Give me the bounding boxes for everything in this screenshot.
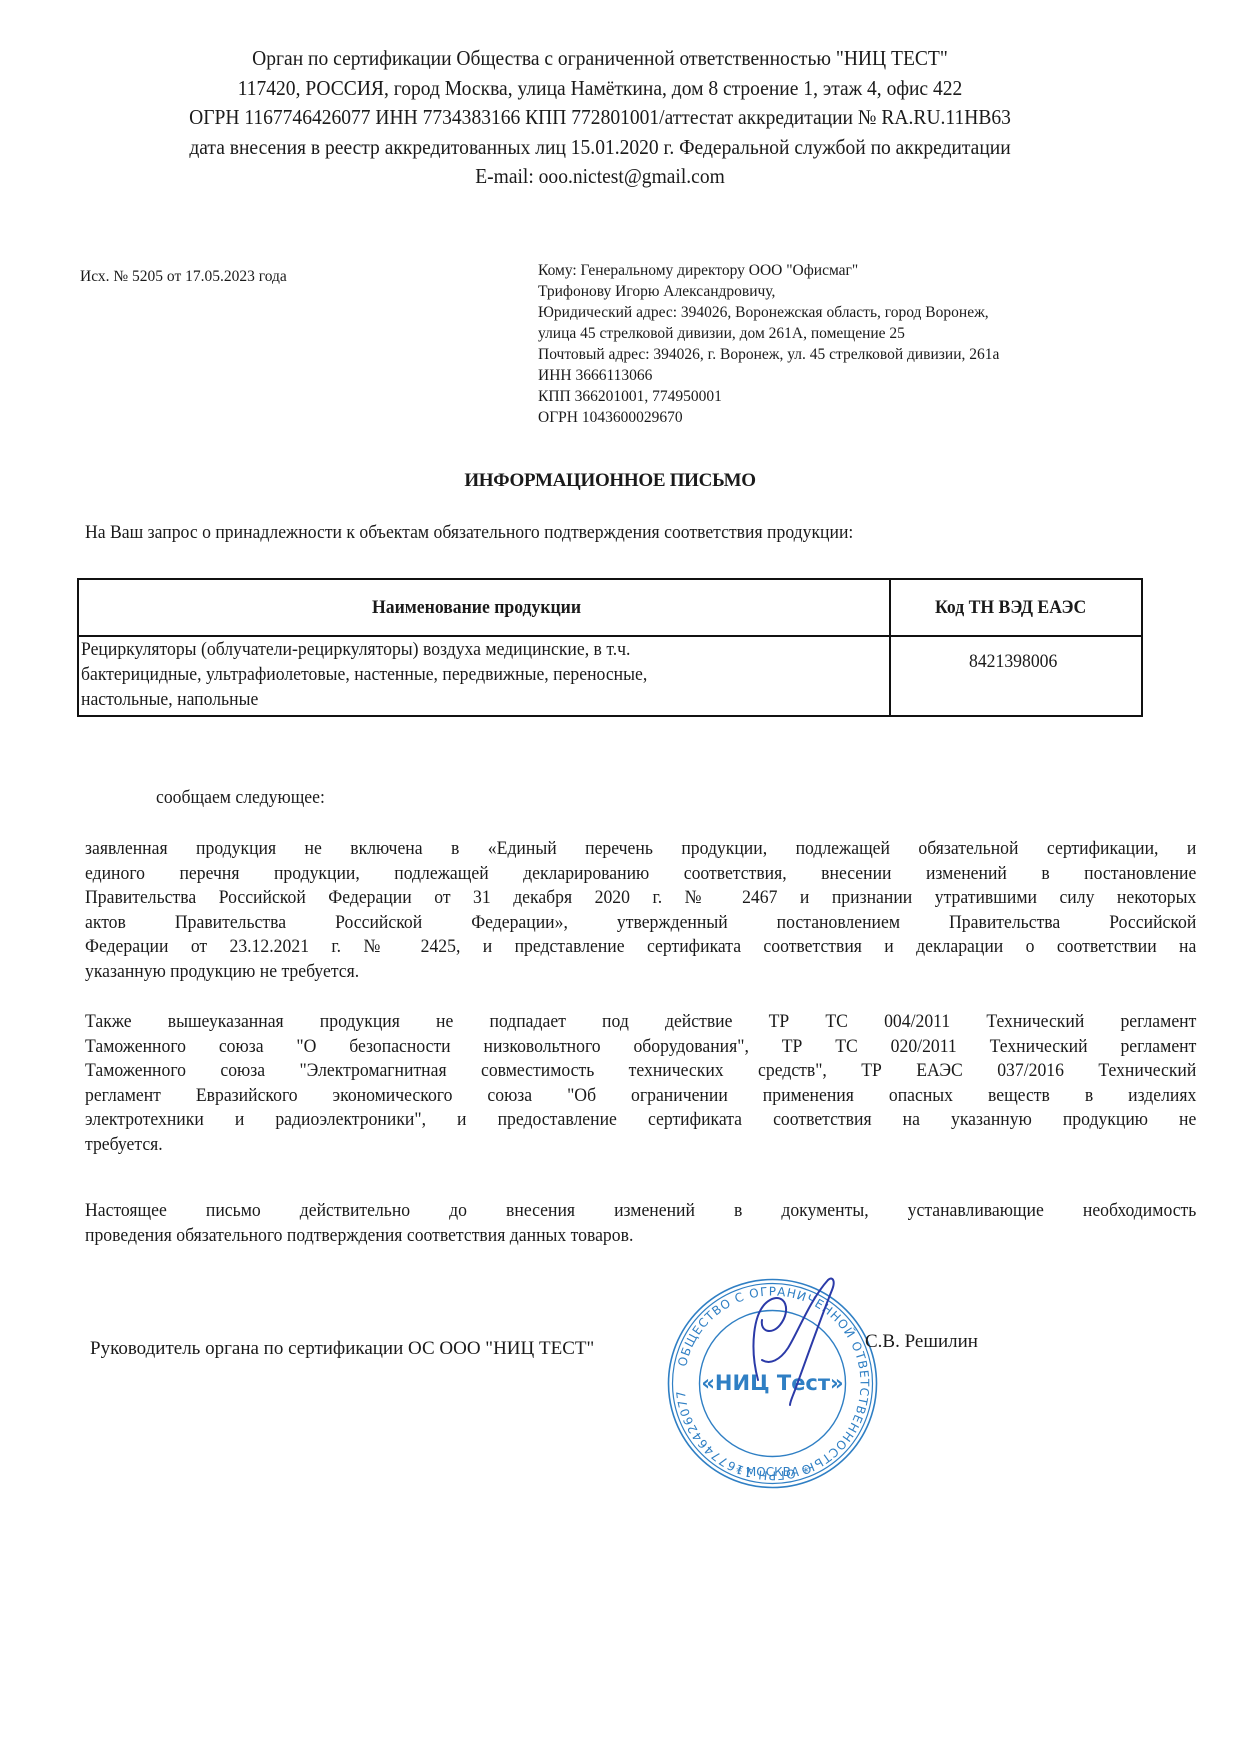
handwritten-signature-icon [740, 1270, 850, 1420]
column-header-product-name: Наименование продукции [78, 579, 890, 636]
recipient-block: Кому: Генеральному директору ООО "Офисма… [538, 260, 999, 428]
lead-text: сообщаем следующее: [156, 787, 325, 809]
letterhead-line: дата внесения в реестр аккредитованных л… [135, 133, 1065, 163]
recipient-line: ОГРН 1043600029670 [538, 407, 999, 428]
recipient-line: ИНН 3666113066 [538, 365, 999, 386]
paragraph-line: проведения обязательного подтверждения с… [85, 1224, 1196, 1249]
paragraph-line: единого перечня продукции, подлежащей де… [85, 862, 1196, 887]
letterhead: Орган по сертификации Общества с огранич… [135, 44, 1065, 192]
paragraph-line: Также вышеуказанная продукция не подпада… [85, 1010, 1196, 1035]
header-label: Код ТН ВЭД ЕАЭС [935, 597, 1086, 619]
table-header-row: Наименование продукции Код ТН ВЭД ЕАЭС [78, 579, 1142, 636]
svg-text:* МОСКВА *: * МОСКВА * [736, 1465, 809, 1479]
recipient-line: КПП 366201001, 774950001 [538, 386, 999, 407]
outgoing-reference: Исх. № 5205 от 17.05.2023 года [80, 268, 287, 286]
recipient-line: Кому: Генеральному директору ООО "Офисма… [538, 260, 999, 281]
paragraph-technical-regulations: Также вышеуказанная продукция не подпада… [85, 1010, 1197, 1158]
paragraph-line: регламент Евразийского экономического со… [85, 1084, 1196, 1109]
paragraph-line: указанную продукцию не требуется. [85, 960, 1196, 985]
product-name-line: бактерицидные, ультрафиолетовые, настенн… [81, 662, 647, 687]
recipient-line: Трифонову Игорю Александровичу, [538, 281, 999, 302]
paragraph-line: Таможенного союза "О безопасности низков… [85, 1035, 1196, 1060]
product-name-line: Рециркуляторы (облучатели-рециркуляторы)… [81, 637, 630, 662]
document-page: Орган по сертификации Общества с огранич… [0, 0, 1240, 1754]
paragraph-line: заявленная продукция не включена в «Един… [85, 837, 1196, 862]
recipient-line: Юридический адрес: 394026, Воронежская о… [538, 302, 999, 323]
letterhead-line: ОГРН 1167746426077 ИНН 7734383166 КПП 77… [135, 103, 1065, 133]
recipient-line: Почтовый адрес: 394026, г. Воронеж, ул. … [538, 344, 999, 365]
paragraph-line: электротехники и радиоэлектроники", и пр… [85, 1108, 1196, 1133]
letterhead-email: E-mail: ooo.nictest@gmail.com [135, 162, 1065, 192]
paragraph-not-included: заявленная продукция не включена в «Един… [85, 837, 1197, 985]
recipient-line: улица 45 стрелковой дивизии, дом 261А, п… [538, 323, 999, 344]
paragraph-line: Правительства Российской Федерации от 31… [85, 886, 1196, 911]
paragraph-validity: Настоящее письмо действительно до внесен… [85, 1199, 1197, 1248]
paragraph-line: требуется. [85, 1133, 1196, 1158]
paragraph-line: Федерации от 23.12.2021 г. № 2425, и пре… [85, 935, 1196, 960]
product-name-line: настольные, напольные [81, 687, 258, 712]
product-code: 8421398006 [969, 649, 1057, 674]
products-table: Наименование продукции Код ТН ВЭД ЕАЭС Р… [77, 578, 1143, 717]
letterhead-line: Орган по сертификации Общества с огранич… [135, 44, 1065, 74]
paragraph-line: Таможенного союза "Электромагнитная совм… [85, 1059, 1196, 1084]
signatory-name: С.В. Решилин [865, 1331, 978, 1353]
column-header-code: Код ТН ВЭД ЕАЭС [890, 579, 1142, 636]
paragraph-line: Настоящее письмо действительно до внесен… [85, 1199, 1196, 1224]
intro-text: На Ваш запрос о принадлежности к объекта… [85, 522, 853, 544]
paragraph-line: актов Правительства Российской Федерации… [85, 911, 1196, 936]
product-name-cell: Рециркуляторы (облучатели-рециркуляторы)… [78, 636, 890, 716]
table-row: Рециркуляторы (облучатели-рециркуляторы)… [78, 636, 1142, 716]
letterhead-line: 117420, РОССИЯ, город Москва, улица Намё… [135, 74, 1065, 104]
product-code-cell: 8421398006 [890, 636, 1142, 716]
signatory-position: Руководитель органа по сертификации ОС О… [90, 1338, 594, 1360]
header-label: Наименование продукции [372, 597, 581, 619]
document-title: ИНФОРМАЦИОННОЕ ПИСЬМО [0, 470, 1220, 492]
